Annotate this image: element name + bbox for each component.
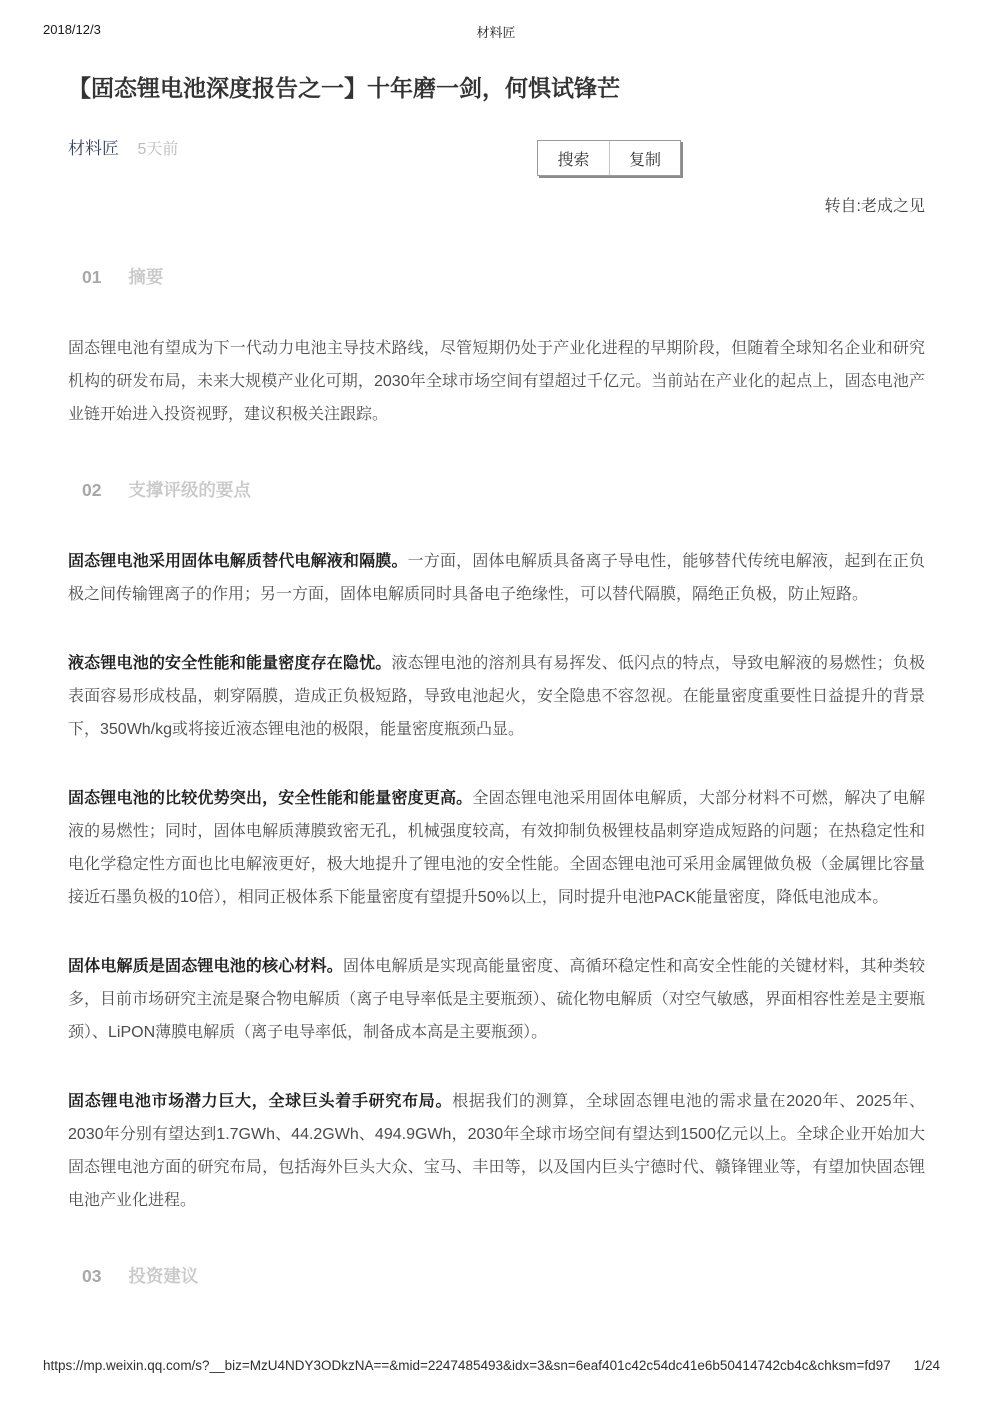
section-header-investment-advice: 03 投资建议 <box>68 1265 925 1287</box>
paragraph-lead: 固体电解质是固态锂电池的核心材料。 <box>68 958 343 975</box>
section-title: 支撑评级的要点 <box>128 480 251 500</box>
section-number: 03 <box>82 1266 101 1286</box>
paragraph-lead: 固态锂电池采用固体电解质替代电解液和隔膜。 <box>68 553 408 570</box>
action-button-group: 搜索 复制 <box>537 140 681 176</box>
paragraph-body: 全固态锂电池采用固体电解质，大部分材料不可燃，解决了电解液的易燃性；同时，固体电… <box>68 790 925 906</box>
paragraph: 固态锂电池有望成为下一代动力电池主导技术路线，尽管短期仍处于产业化进程的早期阶段… <box>68 332 925 431</box>
publish-time: 5天前 <box>137 141 178 158</box>
section-number: 01 <box>82 267 101 287</box>
article-title: 【固态锂电池深度报告之一】十年磨一剑，何惧试锋芒 <box>68 72 925 104</box>
footer-url: https://mp.weixin.qq.com/s?__biz=MzU4NDY… <box>43 1358 890 1373</box>
section-header-key-points: 02 支撑评级的要点 <box>68 479 925 501</box>
paragraph-body: 固态锂电池有望成为下一代动力电池主导技术路线，尽管短期仍处于产业化进程的早期阶段… <box>68 340 925 423</box>
section-title: 摘要 <box>128 267 163 287</box>
page-number: 1/24 <box>914 1358 940 1373</box>
paragraph: 固态锂电池的比较优势突出，安全性能和能量密度更高。全固态锂电池采用固体电解质，大… <box>68 782 925 914</box>
article-meta: 材料匠 5天前 搜索 复制 <box>68 134 925 180</box>
print-header: 2018/12/3 材料匠 <box>0 22 992 40</box>
paragraph: 固态锂电池市场潜力巨大，全球巨头着手研究布局。根据我们的测算，全球固态锂电池的需… <box>68 1085 925 1217</box>
print-footer: https://mp.weixin.qq.com/s?__biz=MzU4NDY… <box>0 1358 992 1373</box>
paragraph: 固体电解质是固态锂电池的核心材料。固体电解质是实现高能量密度、高循环稳定性和高安… <box>68 950 925 1049</box>
author-link[interactable]: 材料匠 <box>68 139 119 158</box>
paragraph: 固态锂电池采用固体电解质替代电解液和隔膜。一方面，固体电解质具备离子导电性，能够… <box>68 545 925 611</box>
paragraph-lead: 液态锂电池的安全性能和能量密度存在隐忧。 <box>68 655 391 672</box>
copy-button[interactable]: 复制 <box>609 141 680 175</box>
paragraph-lead: 固态锂电池市场潜力巨大，全球巨头着手研究布局。 <box>68 1093 452 1110</box>
source-note: 转自:老成之见 <box>68 196 925 218</box>
print-doc-title: 材料匠 <box>0 22 992 41</box>
print-date: 2018/12/3 <box>43 22 101 37</box>
section-header-summary: 01 摘要 <box>68 266 925 288</box>
search-button[interactable]: 搜索 <box>538 141 609 175</box>
paragraph-lead: 固态锂电池的比较优势突出，安全性能和能量密度更高。 <box>68 790 472 807</box>
section-title: 投资建议 <box>128 1266 198 1286</box>
section-number: 02 <box>82 480 101 500</box>
paragraph: 液态锂电池的安全性能和能量密度存在隐忧。液态锂电池的溶剂具有易挥发、低闪点的特点… <box>68 647 925 746</box>
article: 【固态锂电池深度报告之一】十年磨一剑，何惧试锋芒 材料匠 5天前 搜索 复制 转… <box>68 72 925 1287</box>
paragraph-body: 根据我们的测算，全球固态锂电池的需求量在2020年、2025年、2030年分别有… <box>68 1093 925 1209</box>
